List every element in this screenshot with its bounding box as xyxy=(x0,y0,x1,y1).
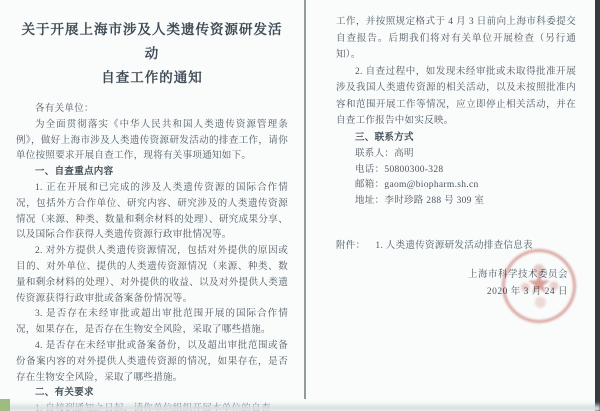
section-3-heading: 三、联系方式 xyxy=(336,130,576,147)
section-1-heading: 一、自查重点内容 xyxy=(16,165,288,181)
scan-bottom-shadow xyxy=(0,402,600,411)
salutation: 各有关单位： xyxy=(16,102,288,118)
page-1-body: 各有关单位： 为全面贯彻落实《中华人民共和国人类遗传资源管理条例》，做好上海市涉… xyxy=(16,102,288,411)
section-2-heading: 二、有关要求 xyxy=(16,386,288,402)
document-title: 关于开展上海市涉及人类遗传资源研发活动 自查工作的通知 xyxy=(16,18,288,90)
scanned-notice-document: 关于开展上海市涉及人类遗传资源研发活动 自查工作的通知 各有关单位： 为全面贯彻… xyxy=(0,0,600,411)
attachment-item: 1. 人类遗传资源研发活动排查信息表 xyxy=(375,241,532,251)
scan-edge-shadow xyxy=(595,0,600,411)
contact-person: 联系人：高明 xyxy=(336,147,576,163)
title-line-1: 关于开展上海市涉及人类遗传资源研发活动 xyxy=(16,18,288,66)
intro-paragraph: 为全面贯彻落实《中华人民共和国人类遗传资源管理条例》，做好上海市涉及人类遗传资源… xyxy=(16,118,288,165)
page-divider-line xyxy=(304,0,306,399)
requirement-2: 2. 自查过程中，如发现未经审批或未取得批准开展涉及我国人类遗传资源的相关活动，… xyxy=(336,64,576,130)
requirement-1-continued: 工作，并按照规定格式于 4 月 3 日前向上海市科委提交自查报告。后期我们将对有… xyxy=(336,14,576,64)
corner-green-artifact xyxy=(0,399,10,411)
contact-address: 地址：李时珍路 288 号 309 室 xyxy=(336,194,576,210)
contact-phone: 电话：50800300-328 xyxy=(336,163,576,179)
self-check-item-3: 3. 是否存在未经审批或超出审批范围开展的国际合作情况，如果存在，是否存在生物安… xyxy=(16,307,288,339)
page-1: 关于开展上海市涉及人类遗传资源研发活动 自查工作的通知 各有关单位： 为全面贯彻… xyxy=(16,18,288,411)
contact-block: 联系人：高明 电话：50800300-328 邮箱：gaom@biopharm.… xyxy=(336,147,576,209)
contact-email: 邮箱：gaom@biopharm.sh.cn xyxy=(336,178,576,194)
self-check-item-2: 2. 对外方提供人类遗传资源情况，包括对外提供的原因或目的、对外单位、提供的人类… xyxy=(16,244,288,307)
self-check-item-1: 1. 正在开展和已完成的涉及人类遗传资源的国际合作情况，包括外方合作单位、研究内… xyxy=(16,181,288,244)
self-check-item-4: 4. 是否存在未经审批或备案备份，以及超出审批范围或备份备案内容的对外提供人类遗… xyxy=(16,339,288,386)
title-line-2: 自查工作的通知 xyxy=(16,66,288,90)
official-seal: ★ xyxy=(502,249,576,323)
attachment-label: 附件： xyxy=(336,241,365,251)
seal-star-icon: ★ xyxy=(526,267,551,301)
